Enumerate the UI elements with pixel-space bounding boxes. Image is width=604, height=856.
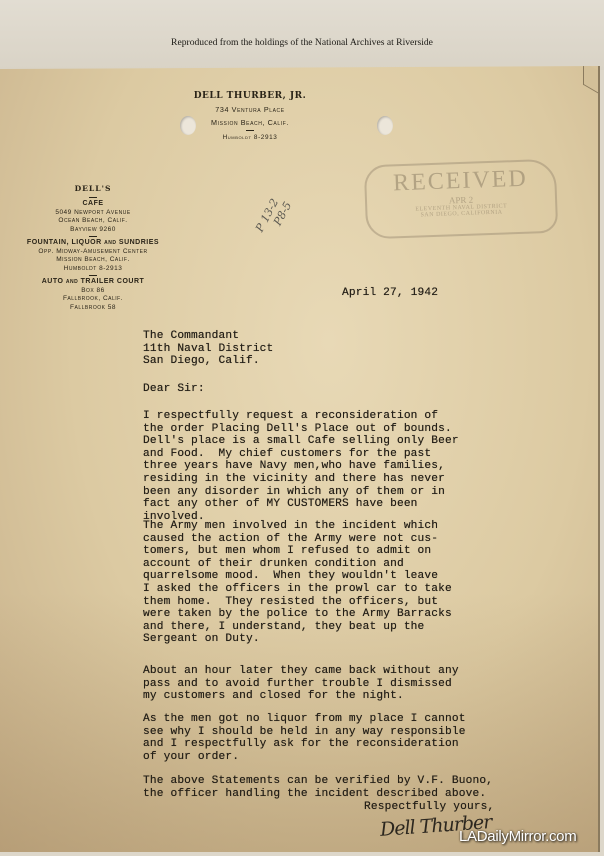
folded-corner <box>583 62 598 94</box>
divider <box>89 275 97 276</box>
section-line: Humboldt 8-2913 <box>18 265 168 274</box>
paragraph-5: The above Statements can be verified by … <box>143 775 493 800</box>
archive-header-strip: Reproduced from the holdings of the Nati… <box>0 0 604 70</box>
recipient-line: San Diego, Calif. <box>143 355 273 368</box>
section-heading: AUTO and TRAILER COURT <box>18 278 168 287</box>
letterhead-phone: Humboldt 8-2913 <box>175 131 325 144</box>
paragraph-1: I respectfully request a reconsideration… <box>143 410 459 523</box>
business-title: DELL'S <box>18 183 168 195</box>
watermark: LADailyMirror.com <box>459 828 576 845</box>
section-line: Fallbrook, Calif. <box>18 295 168 304</box>
letterhead-name: DELL THURBER, JR. <box>175 90 325 103</box>
recipient-line: The Commandant <box>143 330 273 343</box>
letterhead-address-1: 734 Ventura Place <box>175 103 325 116</box>
received-stamp: RECEIVED APR 2 ELEVENTH NAVAL DISTRICT S… <box>364 159 558 240</box>
section-line: Mission Beach, Calif. <box>18 256 168 265</box>
section-line: 5049 Newport Avenue <box>18 209 168 218</box>
section-line: Box 86 <box>18 287 168 296</box>
section-line: Ocean Beach, Calif. <box>18 217 168 226</box>
business-listing: DELL'S CAFE 5049 Newport Avenue Ocean Be… <box>18 183 168 312</box>
letterhead-address-2: Mission Beach, Calif. <box>175 116 325 129</box>
section-line: Bayview 9260 <box>18 226 168 235</box>
letterhead: DELL THURBER, JR. 734 Ventura Place Miss… <box>175 90 325 144</box>
paragraph-2: The Army men involved in the incident wh… <box>143 520 452 646</box>
section-line: Opp. Midway-Amusement Center <box>18 248 168 257</box>
divider <box>89 236 97 237</box>
paragraph-4: As the men got no liquor from my place I… <box>143 713 466 763</box>
recipient-address: The Commandant11th Naval DistrictSan Die… <box>143 330 273 368</box>
salutation: Dear Sir: <box>143 383 205 396</box>
section-heading: CAFE <box>18 200 168 209</box>
paragraph-3: About an hour later they came back witho… <box>143 665 459 703</box>
punch-hole-right <box>377 116 393 135</box>
section-heading: FOUNTAIN, LIQUOR and SUNDRIES <box>18 239 168 248</box>
divider <box>89 197 97 198</box>
section-line: Fallbrook 58 <box>18 304 168 313</box>
archive-credit: Reproduced from the holdings of the Nati… <box>0 37 604 48</box>
recipient-line: 11th Naval District <box>143 343 273 356</box>
letter-date: April 27, 1942 <box>342 287 438 300</box>
